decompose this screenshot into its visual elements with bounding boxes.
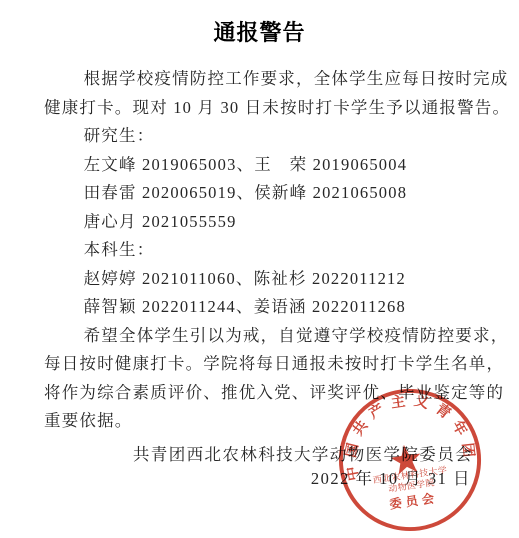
intro-line-1: 根据学校疫情防控工作要求，全体学生应每日按时完成 — [44, 65, 475, 94]
notice-document: 通报警告 根据学校疫情防控工作要求，全体学生应每日按时完成 健康打卡。现对 10… — [0, 0, 519, 538]
official-seal: 中国共产主义青年团 西北农林科技大学 动物医学院 委员会 — [326, 376, 493, 538]
undergraduate-section-label: 本科生： — [44, 236, 475, 265]
intro-line-2: 健康打卡。现对 10 月 30 日未按时打卡学生予以通报警告。 — [44, 94, 475, 123]
notice-title: 通报警告 — [0, 0, 519, 48]
closing-line-1: 希望全体学生引以为戒，自觉遵守学校疫情防控要求， — [44, 322, 475, 351]
closing-line-2: 每日按时健康打卡。学院将每日通报未按时打卡学生名单， — [44, 350, 475, 379]
graduate-student-line: 左文峰 2019065003、王 荣 2019065004 — [44, 151, 475, 180]
undergraduate-student-line: 赵婷婷 2021011060、陈祉杉 2022011212 — [44, 265, 475, 294]
seal-arc-text: 中国共产主义青年团 — [334, 383, 480, 483]
undergraduate-student-line: 薛智颖 2022011244、姜语涵 2022011268 — [44, 293, 475, 322]
graduate-student-line: 田春雷 2020065019、侯新峰 2021065008 — [44, 179, 475, 208]
seal-committee-text: 委员会 — [389, 490, 439, 512]
graduate-section-label: 研究生： — [44, 122, 475, 151]
graduate-student-line: 唐心月 2021055559 — [44, 208, 475, 237]
